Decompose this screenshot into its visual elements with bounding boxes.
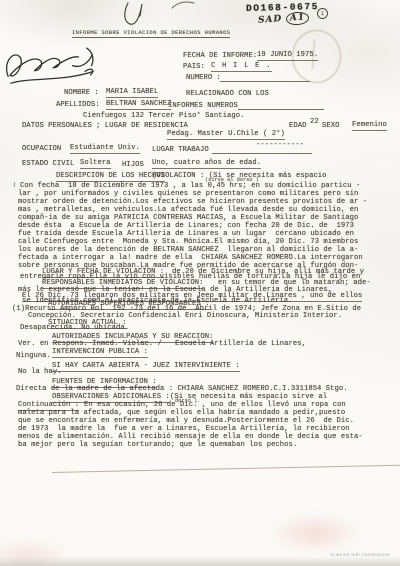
typed-text-line: ESTADO CIVIL <box>22 160 74 168</box>
section-heading: SI HAY CARTA ABIERTA - JUEZ INTERVINIENT… <box>52 362 240 372</box>
typed-text-line: Desaparecida. No ubicada. <box>20 324 129 332</box>
typed-text-line: NUMERO : <box>186 74 221 82</box>
interline-note: ( <box>13 183 16 189</box>
paper-fold-line <box>52 465 400 473</box>
underlined-value: Soltera <box>80 159 111 169</box>
handwritten-signature <box>0 39 99 87</box>
underlined-value: Uno, cuatro años de edad. <box>152 159 261 169</box>
underlined-value: Femenino <box>352 121 387 131</box>
typed-text-line: NOMBRE : <box>64 89 99 97</box>
typed-text-line: OCUPACION <box>22 145 61 153</box>
typed-text-line: LUGAR TRABAJO <box>152 146 209 154</box>
handwritten-dash-mark <box>170 0 196 10</box>
typed-text-line: APELLIDOS: <box>56 101 100 109</box>
section-heading: INTERVENCION PUBLICA : <box>52 348 148 358</box>
typed-text-line: EDAD <box>289 122 306 130</box>
typed-text-line: HIJOS <box>122 161 144 169</box>
handwritten-sad-annotation: SAD A1 <box>258 12 309 26</box>
blank-rule <box>238 107 324 110</box>
typed-text-line: Cienfuegos 132 Tercer Piso° Santiago. <box>83 112 244 120</box>
scanned-document-page: DO168-0675 SAD A1 1 INFORME SOBRE VIOLAC… <box>0 0 400 566</box>
scanner-watermark: Scanned with CamScanner <box>330 552 390 557</box>
section-heading: DESCRIPCION DE LOS HECHOS <box>56 172 165 182</box>
underlined-value: C H I L E . <box>211 62 272 72</box>
underlined-value: 19 JUNIO 1975. <box>257 51 318 61</box>
blank-rule <box>220 79 310 82</box>
circled-number-annotation: 1 <box>316 7 328 19</box>
underlined-value: BELTRAN SANCHEZ <box>106 100 171 110</box>
typed-text-line: SEXO <box>322 122 339 130</box>
typed-text-line: 22 <box>310 118 319 126</box>
typed-text-line: Ninguna. <box>16 352 51 360</box>
typed-text-line: ----------- <box>256 141 304 149</box>
blank-rule <box>212 151 312 154</box>
underlined-value: MARIA ISABEL <box>106 88 158 98</box>
underlined-value: Pedag. Master U.Chile ( 2°) <box>167 130 285 140</box>
sad-circled-code: A1 <box>286 11 309 26</box>
underlined-value: Estudiante Univ. <box>70 144 140 154</box>
typed-text-line: INFORMES NUMEROS <box>168 102 238 110</box>
page-bottom-shadow <box>0 556 400 566</box>
typed-text-line: No la hay. <box>18 368 62 376</box>
typed-text-line: FECHA DE INFORME: <box>183 52 257 60</box>
typed-text-line: PAIS: <box>183 63 205 71</box>
handwritten-check-mark <box>120 1 150 29</box>
pink-smudge <box>268 512 363 554</box>
typed-text-line: ba mejor pero la seguían torturando; que… <box>18 441 297 449</box>
page-title: INFORME SOBRE VIOLACION DE DERECHOS HUMA… <box>72 30 230 38</box>
typed-text-line: RELACIONADO CON LOS <box>186 90 269 98</box>
sad-prefix: SAD <box>258 14 283 26</box>
typed-text-line: DATOS PERSONALES ; LUGAR DE RESIDENCIA <box>22 122 188 130</box>
